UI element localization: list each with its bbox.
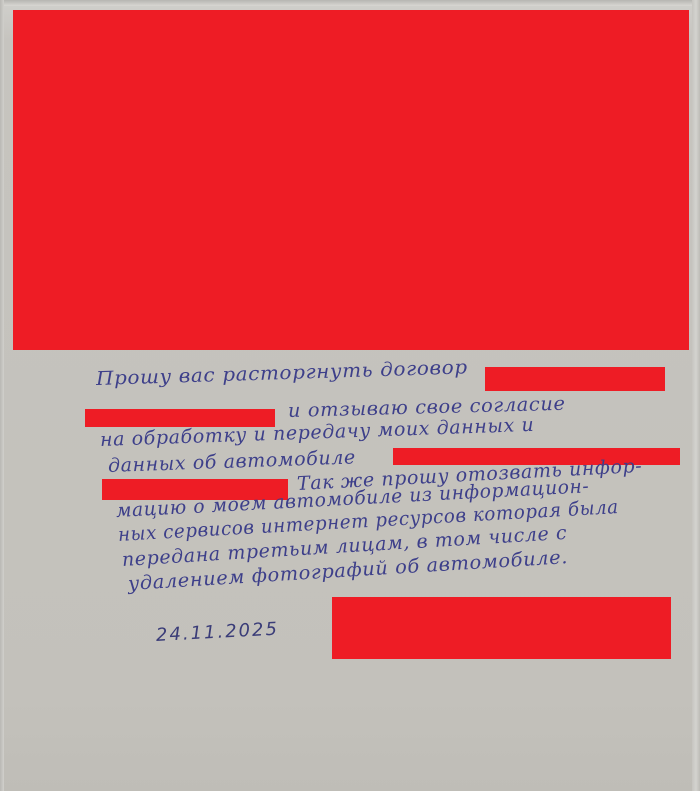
paper-edge-left	[0, 0, 4, 791]
redaction-header-block	[13, 10, 689, 350]
paper-edge-right	[692, 0, 700, 791]
redaction-signature	[332, 597, 671, 659]
paper-edge-top	[0, 0, 700, 6]
redaction-contract-party	[485, 367, 665, 391]
